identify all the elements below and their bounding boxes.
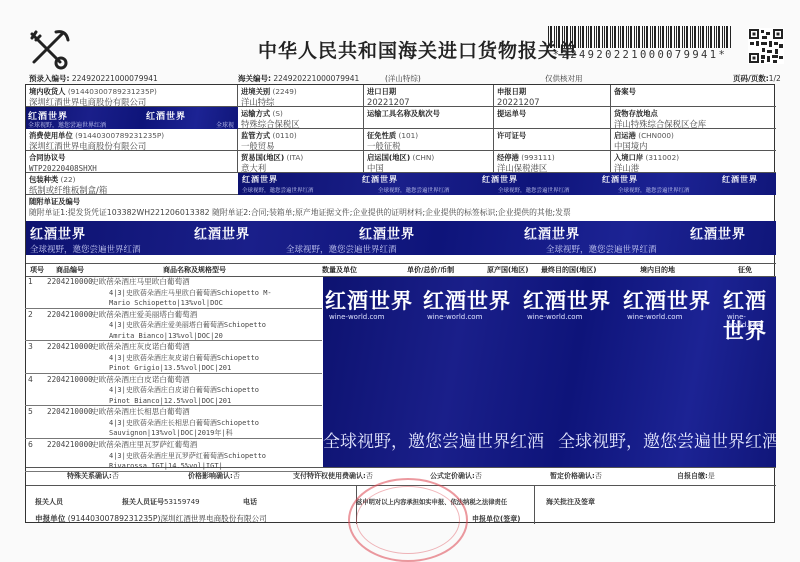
goods-row: 32204210000史欧蓓朵酒庄灰皮诺白葡萄酒4|3|史欧蓓朵酒庄灰皮诺白葡萄…: [25, 341, 322, 374]
tax-nature-label: 征免性质: [367, 131, 396, 140]
barcode-number: *224920221000079941*: [548, 49, 732, 61]
origin-country-value: 中国: [367, 163, 384, 173]
product-spec-line2: Amrita Bianco|13%vol|DOC|20: [109, 331, 223, 342]
product-name: 史欧蓓朵酒庄白皮诺白葡萄酒: [91, 375, 190, 386]
product-spec-line1: 4|3|史欧蓓朵酒庄长相思白葡萄酒Schiopetto: [109, 418, 259, 429]
product-name: 史欧蓓朵酒庄马里欧白葡萄酒: [91, 277, 190, 288]
declarant-cert-value: 53159749: [164, 498, 200, 506]
watermark-url: wine-world.com: [32, 237, 68, 242]
transport-mode-label: 运输方式: [241, 109, 270, 118]
confirmation-label: 暂定价格确认:: [550, 472, 595, 480]
col-destination-country: 最终目的国(地区): [541, 265, 596, 275]
watermark-logo: 红酒世界: [146, 109, 186, 122]
watermark-banner: 红酒世界 红酒世界 全球视野，邀您尝遍世界红酒 全球视野，邀您尝遍世界红酒: [26, 107, 238, 129]
watermark-slogan: 全球视野，邀您尝遍世界红酒: [286, 243, 397, 255]
watermark-banner-table: 红酒世界 红酒世界 红酒世界 红酒世界 红酒世界 wine-world.com …: [323, 277, 776, 467]
watermark-slogan: 全球视野，邀您尝遍世界红酒: [242, 186, 314, 194]
origin-country-code: (CHN): [412, 153, 434, 162]
declarant-cert: 报关人员证号53159749: [122, 497, 200, 507]
declaring-unit-sign-text: 申报单位(签章): [472, 515, 520, 523]
trade-country-code: (ITA): [286, 153, 303, 162]
col-price: 单价/总价/币制: [407, 265, 454, 275]
document-title: 中华人民共和国海关进口货物报关单: [258, 36, 578, 63]
phone-label: 电话: [243, 497, 257, 507]
field-license-no: 许可证号: [494, 129, 611, 151]
col-name-spec: 商品名称及规格型号: [163, 265, 226, 275]
field-bill-no: 提运单号: [494, 107, 611, 129]
customs-number-value: 224920221000079941: [273, 74, 359, 83]
watermark-slogan: 全球视野，邀您尝遍世界红酒: [30, 243, 141, 255]
field-record-no: 备案号: [611, 85, 776, 107]
field-stop-port: 经停港 (993111) 洋山保税港区: [494, 151, 611, 173]
product-spec-line1: 4|3|史欧蓓朵酒庄马里欧白葡萄酒Schiopetto M-: [109, 288, 272, 299]
declaring-unit-value: (91440300789231235P)深圳红酒世界电商股份有限公司: [68, 514, 267, 523]
col-domestic-destination: 境内目的地: [640, 265, 675, 275]
package-type-code: (22): [61, 175, 76, 184]
field-import-date: 进口日期 20221207: [364, 85, 494, 107]
confirmation-special-relation: 特殊关系确认:否: [67, 471, 119, 481]
product-spec-line1: 4|3|史欧蓓朵酒庄里瓦罗萨红葡萄酒Schiopetto: [109, 451, 266, 462]
item-no: 3: [28, 342, 33, 353]
hs-code: 2204210000: [47, 407, 93, 418]
product-spec-line2: Rivarossa IGT|14.5%vol|IGT|: [109, 461, 223, 472]
watermark-slogan: 全球视野，邀您尝遍世界红酒: [498, 186, 570, 194]
confirmation-value: 否: [475, 472, 482, 480]
package-type-label: 包装种类: [29, 175, 58, 184]
supervision-code: (0110): [273, 131, 297, 140]
declarant-cert-label: 报关人员证号: [122, 498, 164, 506]
product-name: 史欧蓓朵酒庄里瓦罗萨红葡萄酒: [91, 440, 197, 451]
pre-entry-value: 224920221000079941: [72, 74, 158, 83]
declaring-unit-sign: 申报单位(签章): [472, 514, 520, 524]
field-package-type: 包装种类 (22) 纸制或纤维板制盒/箱: [26, 173, 238, 195]
watermark-slogan: 全球视野，邀您尝遍世界红酒: [558, 427, 776, 452]
watermark-logo: 红酒世界: [482, 174, 518, 185]
phone-label-text: 电话: [243, 498, 257, 506]
item-no: 2: [28, 310, 33, 321]
customs-sign: 海关批注及签章: [546, 497, 595, 507]
product-spec-line2: Pinot Bianco|12.5%vol|DOC|201: [109, 396, 231, 407]
confirmation-value: 否: [366, 472, 373, 480]
confirmation-label: 公式定价确认:: [430, 472, 475, 480]
customs-emblem-icon: [26, 26, 72, 72]
watermark-logo: 红酒世界: [423, 285, 511, 315]
transport-mode-value: 特殊综合保税区: [241, 119, 300, 129]
col-hs-code: 商品编号: [56, 265, 84, 275]
watermark-logo: 红酒世界: [722, 174, 758, 185]
confirmation-formula-pricing: 公式定价确认:否: [430, 471, 482, 481]
field-storage-place: 货物存放地点 洋山特殊综合保税区仓库: [611, 107, 776, 129]
field-entry-port: 进境关别 (2249) 洋山特综: [238, 85, 364, 107]
field-transport-mode: 运输方式 (S) 特殊综合保税区: [238, 107, 364, 129]
item-no: 1: [28, 277, 33, 288]
import-date-value: 20221207: [367, 97, 410, 107]
origin-country-label: 启运国(地区): [367, 153, 410, 162]
confirmation-value: 是: [708, 472, 715, 480]
customs-sign-text: 海关批注及签章: [546, 498, 595, 506]
goods-row: 52204210000史欧蓓朵酒庄长相思白葡萄酒4|3|史欧蓓朵酒庄长相思白葡萄…: [25, 406, 322, 439]
field-consignee: 境内收货人 (91440300789231235P) 深圳红酒世界电商股份有限公…: [26, 85, 238, 107]
pre-entry-number: 预录入编号: 224920221000079941: [29, 73, 158, 84]
departure-port-code: (CHN000): [638, 131, 674, 140]
confirmation-label: 支付特许权使用费确认:: [293, 472, 366, 480]
watermark-logo: 红酒世界: [362, 174, 398, 185]
col-item-no: 项号: [30, 265, 44, 275]
item-no: 6: [28, 440, 33, 451]
consignee-label: 境内收货人: [29, 87, 65, 96]
watermark-slogan: 全球视野，邀您尝遍世界红酒: [216, 120, 238, 129]
package-type-value: 纸制或纤维板制盒/箱: [29, 185, 107, 195]
confirmation-value: 否: [233, 472, 240, 480]
item-no: 4: [28, 375, 33, 386]
watermark-slogan: 全球视野，邀您尝遍世界红酒: [618, 186, 690, 194]
field-consumer: 消费使用单位 (91440300789231235P) 深圳红酒世界电商股份有限…: [26, 129, 238, 151]
confirmation-provisional-price: 暂定价格确认:否: [550, 471, 602, 481]
customs-office: (洋山特综): [385, 73, 421, 84]
watermark-logo: 红酒世界: [325, 285, 413, 315]
record-no-label: 备案号: [614, 87, 636, 96]
transport-name-label: 运输工具名称及航次号: [367, 109, 440, 118]
qr-code-icon: [748, 28, 784, 64]
watermark-url: wine-world.com: [727, 313, 776, 329]
confirmation-label: 价格影响确认:: [188, 472, 233, 480]
goods-row: 22204210000史欧蓓朵酒庄爱美丽塔白葡萄酒4|3|史欧蓓朵酒庄爱美丽塔白…: [25, 309, 322, 342]
confirmation-royalty: 支付特许权使用费确认:否: [293, 471, 373, 481]
tax-nature-code: (101): [399, 131, 419, 140]
confirmation-label: 自报自缴:: [677, 472, 708, 480]
watermark-url: wine-world.com: [526, 237, 562, 242]
consumer-code: (91440300789231235P): [75, 131, 164, 140]
storage-place-value: 洋山特殊综合保税区仓库: [614, 119, 706, 129]
watermark-banner: 红酒世界 红酒世界 红酒世界 红酒世界 红酒世界 全球视野，邀您尝遍世界红酒 全…: [238, 173, 776, 195]
departure-port-label: 启运港: [614, 131, 636, 140]
customs-number-label: 海关编号:: [238, 74, 271, 83]
stop-port-value: 洋山保税港区: [497, 163, 547, 173]
field-transport-name: 运输工具名称及航次号: [364, 107, 494, 129]
product-name: 史欧蓓朵酒庄爱美丽塔白葡萄酒: [91, 310, 197, 321]
watermark-url: wine-world.com: [627, 313, 682, 321]
divider: [534, 485, 535, 524]
trade-country-value: 意大利: [241, 163, 266, 173]
item-no: 5: [28, 407, 33, 418]
col-origin: 原产国(地区): [487, 265, 528, 275]
stop-port-label: 经停港: [497, 153, 519, 162]
stop-port-code: (993111): [521, 153, 555, 162]
field-departure-port: 启运港 (CHN000) 中国境内: [611, 129, 776, 151]
tax-nature-value: 一般征税: [367, 141, 401, 151]
product-name: 史欧蓓朵酒庄灰皮诺白葡萄酒: [91, 342, 190, 353]
confirmation-value: 否: [112, 472, 119, 480]
declaring-unit: 申报单位 (91440300789231235P)深圳红酒世界电商股份有限公司: [35, 513, 267, 524]
verify-note: 仅供核对用: [545, 73, 583, 84]
product-spec-line1: 4|3|史欧蓓朵酒庄灰皮诺白葡萄酒Schiopetto: [109, 353, 259, 364]
trade-country-label: 贸易国(地区): [241, 153, 284, 162]
hs-code: 2204210000: [47, 277, 93, 288]
hs-code: 2204210000: [47, 440, 93, 451]
watermark-url: wine-world.com: [329, 313, 384, 321]
goods-row: 62204210000史欧蓓朵酒庄里瓦罗萨红葡萄酒4|3|史欧蓓朵酒庄里瓦罗萨红…: [25, 439, 322, 472]
watermark-slogan: 全球视野，邀您尝遍世界红酒: [378, 186, 450, 194]
hs-code: 2204210000: [47, 375, 93, 386]
product-spec-line1: 4|3|史欧蓓朵酒庄白皮诺白葡萄酒Schiopetto: [109, 385, 259, 396]
watermark-banner-wide: 红酒世界 wine-world.com 红酒世界 wine-world.com …: [26, 221, 776, 255]
confirmation-value: 否: [595, 472, 602, 480]
attached-docs-label: 随附单证及编号: [29, 197, 80, 206]
barcode: *224920221000079941*: [548, 26, 732, 60]
field-supervision: 监管方式 (0110) 一般贸易: [238, 129, 364, 151]
product-spec-line2: Pinot Grigio|13.5%vol|DOC|201: [109, 363, 231, 374]
col-quantity: 数量及单位: [322, 265, 357, 275]
declarant-label: 报关人员: [35, 497, 63, 507]
entry-port-code: (2249): [273, 87, 297, 96]
contract-no-value: WTP20220408SHXH: [29, 164, 97, 173]
declaring-unit-label: 申报单位: [35, 514, 65, 523]
watermark-slogan: 全球视野，邀您尝遍世界红酒: [323, 427, 544, 452]
watermark-url: wine-world.com: [527, 313, 582, 321]
confirmation-self-declare: 自报自缴:是: [677, 471, 715, 481]
watermark-url: wine-world.com: [196, 237, 232, 242]
page-label: 页码/页数:: [733, 74, 769, 83]
confirmation-label: 特殊关系确认:: [67, 472, 112, 480]
import-date-label: 进口日期: [367, 87, 396, 96]
barcode-bars: [548, 26, 732, 48]
watermark-slogan: 全球视野，邀您尝遍世界红酒: [28, 120, 106, 129]
consumer-value: 深圳红酒世界电商股份有限公司: [29, 141, 146, 151]
watermark-slogan: 全球视野，邀您尝遍世界红酒: [546, 243, 657, 255]
goods-row: 42204210000史欧蓓朵酒庄白皮诺白葡萄酒4|3|史欧蓓朵酒庄白皮诺白葡萄…: [25, 374, 322, 407]
supervision-value: 一般贸易: [241, 141, 275, 151]
field-origin-country: 启运国(地区) (CHN) 中国: [364, 151, 494, 173]
entry-gate-code: (311002): [646, 153, 680, 162]
hs-code: 2204210000: [47, 342, 93, 353]
col-tax-mode: 征免: [738, 265, 752, 275]
contract-no-label: 合同协议号: [29, 153, 65, 162]
supervision-label: 监管方式: [241, 131, 270, 140]
transport-mode-code: (S): [273, 109, 283, 118]
watermark-logo: 红酒世界: [623, 285, 711, 315]
page-value: 1/2: [769, 74, 781, 83]
watermark-url: wine-world.com: [361, 237, 397, 242]
watermark-url: wine-world.com: [427, 313, 482, 321]
page-indicator: 页码/页数:1/2: [733, 73, 781, 84]
product-spec-line1: 4|3|史欧蓓朵酒庄爱美丽塔白葡萄酒Schiopetto: [109, 320, 266, 331]
customs-number: 海关编号: 224920221000079941: [238, 73, 359, 84]
goods-row: 12204210000史欧蓓朵酒庄马里欧白葡萄酒4|3|史欧蓓朵酒庄马里欧白葡萄…: [25, 276, 322, 309]
product-name: 史欧蓓朵酒庄长相思白葡萄酒: [91, 407, 190, 418]
hs-code: 2204210000: [47, 310, 93, 321]
field-contract-no: 合同协议号 WTP20220408SHXH: [26, 151, 238, 173]
entry-port-label: 进境关别: [241, 87, 270, 96]
watermark-url: wine-world.com: [692, 237, 728, 242]
product-spec-line2: Sauvignon|13%vol|DOC|2019年|科: [109, 428, 233, 439]
confirmation-price-influence: 价格影响确认:否: [188, 471, 240, 481]
departure-port-value: 中国境内: [614, 141, 648, 151]
watermark-logo: 红酒世界: [602, 174, 638, 185]
declare-date-value: 20221207: [497, 97, 540, 107]
consignee-code: (91440300789231235P): [68, 87, 157, 96]
watermark-logo: 红酒世界: [523, 285, 611, 315]
bill-no-label: 提运单号: [497, 109, 526, 118]
attached-docs-value: 随附单证1:提发货凭证103382WH221206013382 随附单证2:合同…: [29, 208, 571, 217]
storage-place-label: 货物存放地点: [614, 109, 658, 118]
entry-gate-value: 洋山港: [614, 163, 639, 173]
consumer-label: 消费使用单位: [29, 131, 73, 140]
declarant-label-text: 报关人员: [35, 498, 63, 506]
company-seal-inner-ring: [356, 486, 460, 554]
pre-entry-label: 预录入编号:: [29, 74, 70, 83]
field-tax-nature: 征免性质 (101) 一般征税: [364, 129, 494, 151]
field-declare-date: 申报日期 20221207: [494, 85, 611, 107]
watermark-logo: 红酒世界: [242, 174, 278, 185]
entry-gate-label: 入境口岸: [614, 153, 643, 162]
field-trade-country: 贸易国(地区) (ITA) 意大利: [238, 151, 364, 173]
field-entry-gate: 入境口岸 (311002) 洋山港: [611, 151, 776, 173]
field-attached-docs: 随附单证及编号 随附单证1:提发货凭证103382WH221206013382 …: [26, 195, 776, 223]
declare-date-label: 申报日期: [497, 87, 526, 96]
product-spec-line2: Mario Schiopetto|13%vol|DOC: [109, 298, 223, 309]
entry-port-value: 洋山特综: [241, 97, 275, 107]
consignee-value: 深圳红酒世界电商股份有限公司: [29, 97, 146, 107]
license-no-label: 许可证号: [497, 131, 526, 140]
